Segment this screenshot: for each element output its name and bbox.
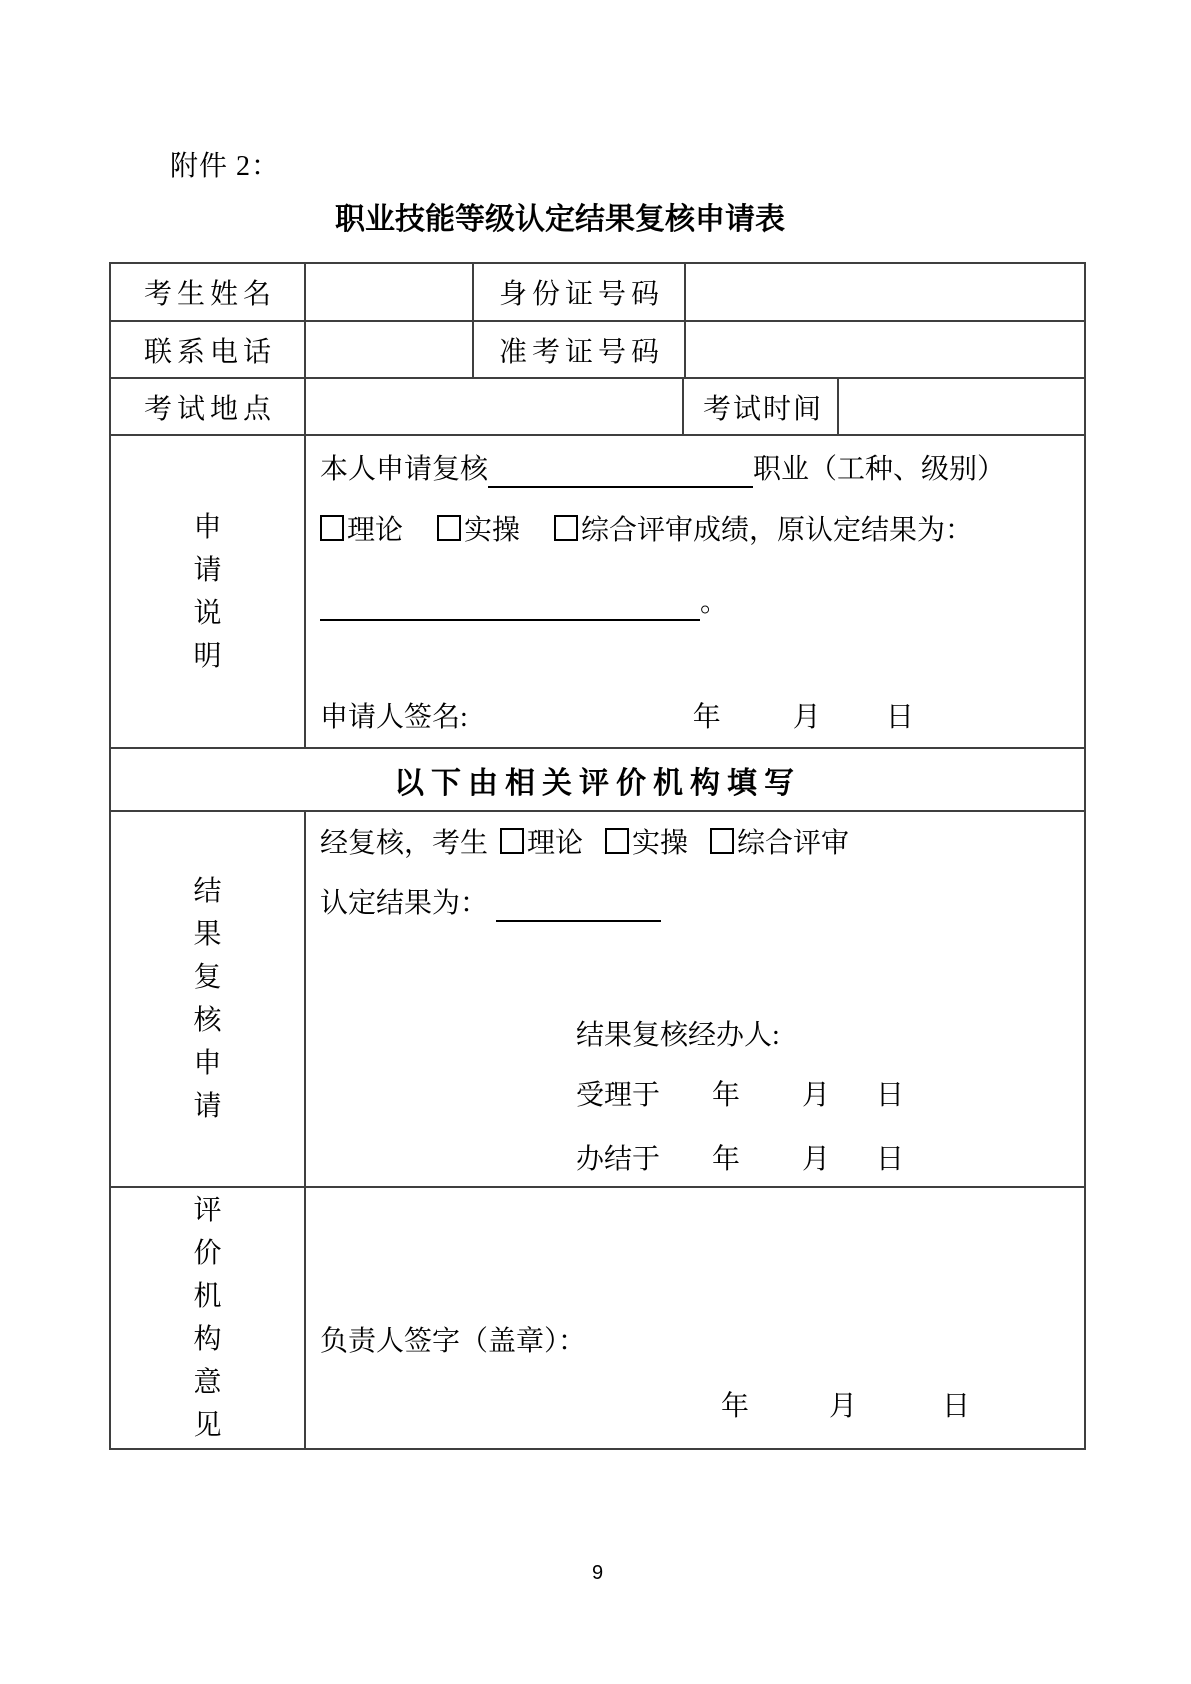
practical-checkbox-icon[interactable]	[437, 515, 461, 541]
year-label: 年	[712, 1137, 740, 1177]
applicant-signature-label: 申请人签名:	[320, 695, 468, 735]
director-signature-label: 负责人签字（盖章）：	[320, 1319, 586, 1359]
review-request-suffix: 职业（工种、级别）	[753, 447, 1005, 487]
year-label: 年	[712, 1073, 740, 1113]
phone-label: 联系电话	[111, 322, 304, 377]
opinion-section-content: 负责人签字（盖章）： 年 月 日	[304, 1188, 1084, 1448]
apply-section-label: 申请说明	[111, 436, 304, 747]
review-section-label: 结果复核申请	[111, 812, 304, 1186]
accepted-label: 受理于	[576, 1073, 660, 1113]
application-form-table: 考生姓名 身份证号码 联系电话 准考证号码 考试地点 考试时间 申请说明	[109, 262, 1086, 1450]
theory-checkbox-icon[interactable]	[320, 515, 344, 541]
practical-checkbox-icon[interactable]	[605, 828, 629, 854]
applicant-signature-line: 申请人签名: 年 月 日	[320, 694, 914, 736]
month-label: 月	[793, 695, 821, 735]
table-row: 联系电话 准考证号码	[111, 320, 1084, 377]
attachment-label: 附件 2：	[170, 144, 280, 184]
exam-time-label: 考试时间	[682, 379, 837, 434]
period-mark: 。	[700, 580, 728, 620]
candidate-name-field[interactable]	[304, 264, 472, 320]
exam-location-field[interactable]	[304, 379, 682, 434]
practical-checkbox-label: 实操	[632, 821, 688, 861]
agency-banner: 以下由相关评价机构填写	[111, 747, 1084, 810]
review-section-row: 结果复核申请 经复核，考生 理论 实操 综合评审 认定结果为： 结果复核经办人:…	[111, 810, 1084, 1186]
director-signature-line: 负责人签字（盖章）：	[320, 1318, 586, 1360]
original-result-blank-line[interactable]	[320, 585, 700, 621]
ticket-number-field[interactable]	[684, 322, 1084, 377]
exam-time-field[interactable]	[837, 379, 1084, 434]
review-result-prefix: 经复核，考生	[320, 821, 488, 861]
handler-label: 结果复核经办人:	[576, 1013, 780, 1053]
table-row: 考试地点 考试时间	[111, 377, 1084, 434]
apply-section-content: 本人申请复核职业（工种、级别） 理论 实操 综合评审成绩，原认定结果为： 。 申…	[304, 436, 1084, 747]
day-label: 日	[942, 1384, 970, 1424]
month-label: 月	[802, 1137, 830, 1177]
table-row: 考生姓名 身份证号码	[111, 264, 1084, 320]
comprehensive-checkbox-label: 综合评审成绩，原认定结果为：	[581, 508, 973, 548]
year-label: 年	[693, 695, 721, 735]
document-page: 附件 2： 职业技能等级认定结果复核申请表 考生姓名 身份证号码 联系电话 准考…	[0, 0, 1191, 1684]
review-section-content: 经复核，考生 理论 实操 综合评审 认定结果为： 结果复核经办人: 受理于 年 …	[304, 812, 1084, 1186]
month-label: 月	[802, 1073, 830, 1113]
phone-field[interactable]	[304, 322, 472, 377]
day-label: 日	[886, 695, 914, 735]
day-label: 日	[876, 1137, 904, 1177]
review-request-prefix: 本人申请复核	[320, 447, 488, 487]
theory-checkbox-label: 理论	[527, 821, 583, 861]
confirmed-result-line: 认定结果为：	[320, 880, 661, 922]
comprehensive-checkbox-label: 综合评审	[737, 821, 849, 861]
page-number: 9	[109, 1562, 1086, 1585]
comprehensive-checkbox-icon[interactable]	[554, 515, 578, 541]
score-type-line: 理论 实操 综合评审成绩，原认定结果为：	[320, 507, 973, 549]
accepted-date-line: 受理于 年 月 日	[576, 1072, 904, 1114]
id-number-field[interactable]	[684, 264, 1084, 320]
day-label: 日	[876, 1073, 904, 1113]
confirmed-result-blank-line[interactable]	[496, 886, 661, 922]
ticket-number-label: 准考证号码	[472, 322, 684, 377]
id-number-label: 身份证号码	[472, 264, 684, 320]
opinion-section-label: 评价机构意见	[111, 1188, 304, 1448]
completed-label: 办结于	[576, 1137, 660, 1177]
theory-checkbox-icon[interactable]	[500, 828, 524, 854]
handler-line: 结果复核经办人:	[576, 1012, 780, 1054]
comprehensive-checkbox-icon[interactable]	[710, 828, 734, 854]
opinion-date-line: 年 月 日	[721, 1383, 970, 1425]
completed-date-line: 办结于 年 月 日	[576, 1136, 904, 1178]
candidate-name-label: 考生姓名	[111, 264, 304, 320]
theory-checkbox-label: 理论	[347, 508, 403, 548]
confirmed-result-label: 认定结果为：	[320, 881, 488, 921]
review-request-line: 本人申请复核职业（工种、级别）	[320, 446, 1005, 488]
exam-location-label: 考试地点	[111, 379, 304, 434]
occupation-blank-line[interactable]	[488, 452, 753, 488]
page-title: 职业技能等级认定结果复核申请表	[109, 194, 1011, 238]
original-result-line: 。	[320, 579, 728, 621]
year-label: 年	[721, 1384, 749, 1424]
practical-checkbox-label: 实操	[464, 508, 520, 548]
month-label: 月	[829, 1384, 857, 1424]
review-result-type-line: 经复核，考生 理论 实操 综合评审	[320, 820, 849, 862]
apply-section-row: 申请说明 本人申请复核职业（工种、级别） 理论 实操 综合评审成绩，原认定结果为…	[111, 434, 1084, 747]
opinion-section-row: 评价机构意见 负责人签字（盖章）： 年 月 日	[111, 1186, 1084, 1448]
